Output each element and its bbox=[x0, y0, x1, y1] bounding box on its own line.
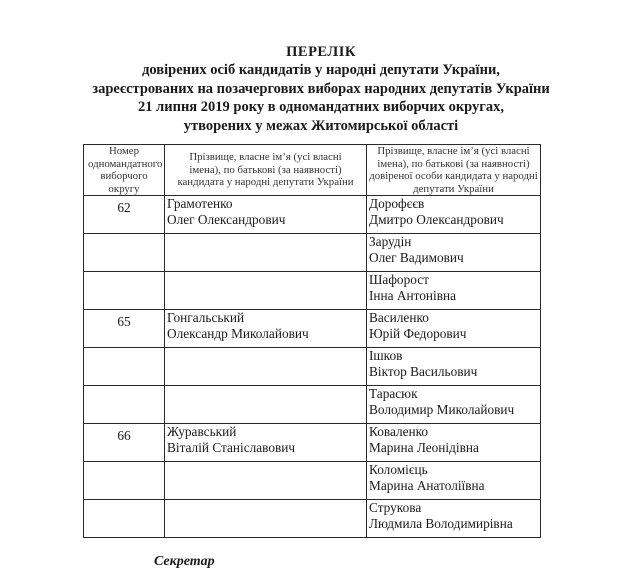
proxy-surname: Коломієць bbox=[369, 462, 540, 478]
subtitle-line: зареєстрованих на позачергових виборах н… bbox=[0, 80, 642, 98]
district-number bbox=[84, 500, 165, 538]
proxy-name-cell: ВасиленкоЮрій Федорович bbox=[367, 310, 541, 348]
candidate-surname bbox=[167, 462, 366, 478]
candidate-given-names bbox=[167, 516, 366, 532]
table-row: СтруковаЛюдмила Володимирівна bbox=[84, 500, 541, 538]
proxy-given-names: Олег Вадимович bbox=[369, 250, 540, 266]
table-header-row: Номер одномандатного виборчого округу Пр… bbox=[84, 145, 541, 196]
district-number bbox=[84, 462, 165, 500]
candidate-name-cell bbox=[165, 348, 367, 386]
proxy-surname: Струкова bbox=[369, 500, 540, 516]
candidate-given-names: Олександр Миколайович bbox=[167, 326, 366, 342]
candidate-given-names bbox=[167, 402, 366, 418]
table-row: ТарасюкВолодимир Миколайович bbox=[84, 386, 541, 424]
candidate-name-cell bbox=[165, 386, 367, 424]
candidate-surname bbox=[167, 272, 366, 288]
subtitle-line: утворених у межах Житомирської області bbox=[0, 117, 642, 135]
candidate-surname: Журавський bbox=[167, 424, 366, 440]
candidate-name-cell bbox=[165, 500, 367, 538]
proxy-name-cell: ІшковВіктор Васильович bbox=[367, 348, 541, 386]
proxy-surname: Тарасюк bbox=[369, 386, 540, 402]
header-candidate: Прізвище, власне ім’я (усі власні імена)… bbox=[165, 145, 367, 196]
proxy-name-cell: ШафоростІнна Антонівна bbox=[367, 272, 541, 310]
candidate-name-cell: ГонгальськийОлександр Миколайович bbox=[165, 310, 367, 348]
proxy-surname: Ішков bbox=[369, 348, 540, 364]
district-number: 65 bbox=[84, 310, 165, 348]
candidate-name-cell bbox=[165, 462, 367, 500]
candidate-name-cell: ГрамотенкоОлег Олександрович bbox=[165, 196, 367, 234]
candidate-name-cell: ЖуравськийВіталій Станіславович bbox=[165, 424, 367, 462]
proxy-given-names: Віктор Васильович bbox=[369, 364, 540, 380]
candidate-surname bbox=[167, 348, 366, 364]
district-number bbox=[84, 272, 165, 310]
proxy-name-cell: ЗарудінОлег Вадимович bbox=[367, 234, 541, 272]
proxy-surname: Василенко bbox=[369, 310, 540, 326]
table-row: ЗарудінОлег Вадимович bbox=[84, 234, 541, 272]
candidate-given-names bbox=[167, 364, 366, 380]
document-heading: ПЕРЕЛІК довірених осіб кандидатів у наро… bbox=[0, 43, 642, 135]
table-row: 66ЖуравськийВіталій СтаніславовичКовален… bbox=[84, 424, 541, 462]
proxy-given-names: Інна Антонівна bbox=[369, 288, 540, 304]
table-row: КоломієцьМарина Анатоліївна bbox=[84, 462, 541, 500]
district-number: 62 bbox=[84, 196, 165, 234]
district-number bbox=[84, 386, 165, 424]
header-proxy: Прізвище, власне ім’я (усі власні імена)… bbox=[367, 145, 541, 196]
proxy-name-cell: КоваленкоМарина Леонідівна bbox=[367, 424, 541, 462]
candidate-given-names bbox=[167, 478, 366, 494]
candidate-given-names bbox=[167, 250, 366, 266]
table-row: ШафоростІнна Антонівна bbox=[84, 272, 541, 310]
proxy-surname: Шафорост bbox=[369, 272, 540, 288]
candidate-surname bbox=[167, 500, 366, 516]
proxy-given-names: Людмила Володимирівна bbox=[369, 516, 540, 532]
proxy-given-names: Марина Анатоліївна bbox=[369, 478, 540, 494]
candidate-surname: Гонгальський bbox=[167, 310, 366, 326]
document-title: ПЕРЕЛІК bbox=[0, 43, 642, 61]
header-district: Номер одномандатного виборчого округу bbox=[84, 145, 165, 196]
candidate-given-names bbox=[167, 288, 366, 304]
table-row: ІшковВіктор Васильович bbox=[84, 348, 541, 386]
proxy-given-names: Марина Леонідівна bbox=[369, 440, 540, 456]
proxy-name-cell: КоломієцьМарина Анатоліївна bbox=[367, 462, 541, 500]
table-row: 65ГонгальськийОлександр МиколайовичВасил… bbox=[84, 310, 541, 348]
signature-label: Секретар bbox=[154, 554, 215, 569]
proxy-given-names: Володимир Миколайович bbox=[369, 402, 540, 418]
candidate-surname bbox=[167, 234, 366, 250]
cropped-header-text: · · · · · · · · · · · · · · · · · · · bbox=[335, 0, 515, 4]
proxy-surname: Коваленко bbox=[369, 424, 540, 440]
proxy-surname: Дорофєєв bbox=[369, 196, 540, 212]
subtitle-line: 21 липня 2019 року в одномандатних вибор… bbox=[0, 98, 642, 116]
candidate-surname: Грамотенко bbox=[167, 196, 366, 212]
district-number bbox=[84, 348, 165, 386]
candidate-name-cell bbox=[165, 272, 367, 310]
proxies-table: Номер одномандатного виборчого округу Пр… bbox=[83, 144, 541, 538]
candidate-given-names: Олег Олександрович bbox=[167, 212, 366, 228]
subtitle-line: довірених осіб кандидатів у народні депу… bbox=[0, 61, 642, 79]
proxy-given-names: Юрій Федорович bbox=[369, 326, 540, 342]
proxy-name-cell: ДорофєєвДмитро Олександрович bbox=[367, 196, 541, 234]
proxy-given-names: Дмитро Олександрович bbox=[369, 212, 540, 228]
proxy-name-cell: СтруковаЛюдмила Володимирівна bbox=[367, 500, 541, 538]
candidate-given-names: Віталій Станіславович bbox=[167, 440, 366, 456]
table-row: 62ГрамотенкоОлег ОлександровичДорофєєвДм… bbox=[84, 196, 541, 234]
proxy-name-cell: ТарасюкВолодимир Миколайович bbox=[367, 386, 541, 424]
district-number: 66 bbox=[84, 424, 165, 462]
district-number bbox=[84, 234, 165, 272]
candidate-surname bbox=[167, 386, 366, 402]
candidate-name-cell bbox=[165, 234, 367, 272]
proxy-surname: Зарудін bbox=[369, 234, 540, 250]
